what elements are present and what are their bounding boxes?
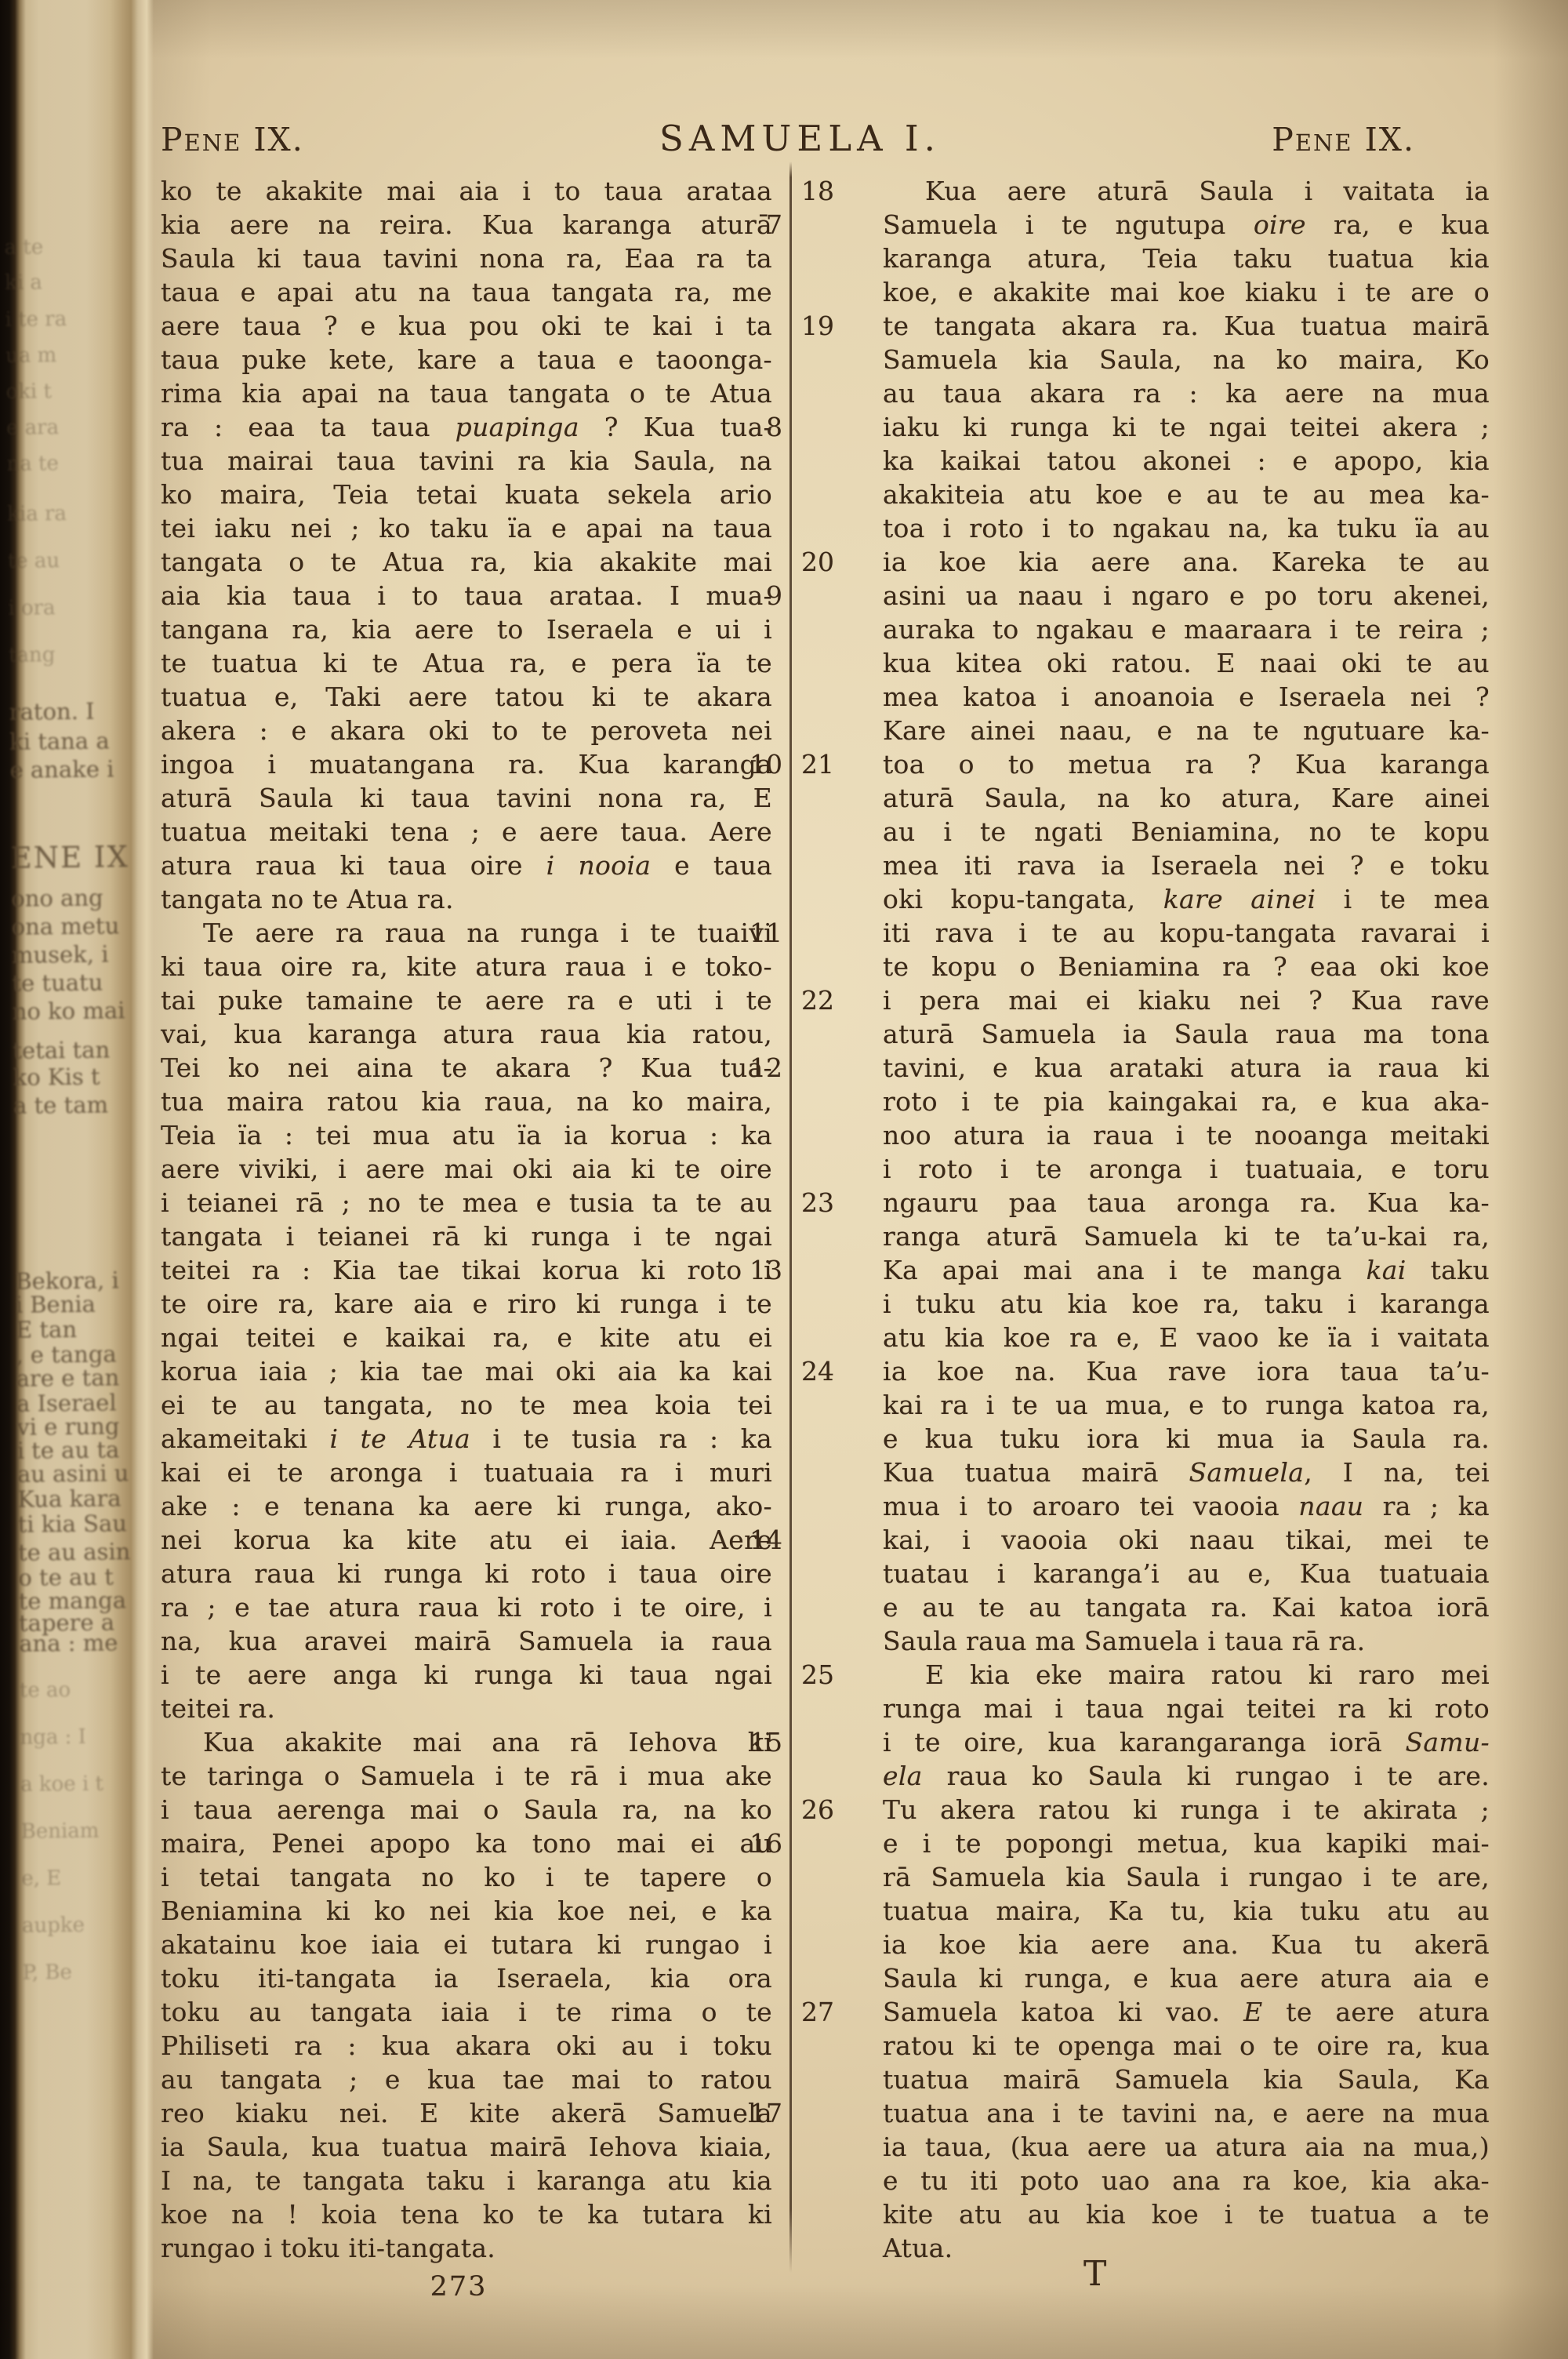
text-line: ei te au tangata, no te mea koia tei [161,1388,772,1422]
ghost-text-previous-page: a teki ai te raua moki te arana tekia ra… [0,0,146,2359]
text-line: akakiteia atu koe e au te au mea ka- [883,478,1490,511]
italic-text: naau [1298,1491,1363,1521]
italic-text: kare ainei [1163,884,1316,914]
text-line: oki kopu-tangata, kare ainei i te mea [883,882,1490,916]
text-line: roto i te pia kaingakai ra, e kua aka- [883,1085,1490,1118]
text-line: Tu akera ratou ki runga i te akirata ; [883,1793,1490,1826]
text-line: tangata o te Atua ra, kia akakite mai [161,545,772,579]
text-line: ia koe kia aere ana. Kua tu akerā [883,1928,1490,1961]
text-line: ia koe na. Kua rave iora taua ta’u- [883,1354,1490,1388]
text-line: tuatua mairā Samuela kia Saula, Ka [883,2063,1490,2096]
text-line: i teianei rā ; no te mea e tusia ta te a… [161,1186,772,1219]
book-title: SAMUELA I. [161,118,1439,159]
verse-number: 12 [690,1051,782,1085]
ghost-text-fragment: na te [6,452,59,476]
text-line: ko te akakite mai aia i to taua arataa [161,174,772,208]
text-line: tai puke tamaine te aere ra e uti i te [161,983,772,1017]
text-line: E kia eke maira ratou ki raro mei [883,1658,1490,1692]
page-number: 273 [161,2271,757,2303]
verse-number: 16 [690,1826,782,1860]
ghost-text-fragment: te au asin [18,1538,131,1565]
text-line: ia Saula, kua tuatua mairā Iehova kiaia, [161,2130,772,2164]
text-line: akameitaki i te Atua i te tusia ra : ka [161,1422,772,1456]
text-line: toku au tangata iaia i te rima o te [161,1995,772,2029]
text-line: asini ua naau i ngaro e po toru akenei, [883,579,1490,612]
text-line: korua iaia ; kia tae mai oki aia ka kai [161,1354,772,1388]
text-line: i taua aerenga mai o Saula ra, na ko [161,1793,772,1826]
verse-number: 9 [690,579,782,612]
italic-text: puapinga [456,412,579,442]
text-line: aia kia taua i to taua arataa. I mua- [161,579,772,612]
ghost-text-fragment: nga : I [20,1725,86,1750]
text-line: rungao i toku iti-tangata. [161,2231,772,2265]
text-line: Tei ko nei aina te akara ? Kua tua- [161,1051,772,1085]
text-line: aere viviki, i aere mai oki aia ki te oi… [161,1152,772,1186]
ghost-text-fragment: a te tam [13,1091,108,1118]
text-line: taua puke kete, kare a taua e taoonga- [161,343,772,376]
text-line: au tangata ; e kua tae mai to ratou [161,2063,772,2096]
text-line: tuatua ana i te tavini na, e aere na mua [883,2096,1490,2130]
text-line: ake : e tenana ka aere ki runga, ako- [161,1489,772,1523]
text-line: rā Samuela kia Saula i rungao i te are, [883,1860,1490,1894]
text-line: toa i roto i to ngakau na, ka tuku ïa au [883,511,1490,545]
text-line: Saula ki taua tavini nona ra, Eaa ra ta [161,242,772,275]
ghost-text-fragment: te au [8,549,60,573]
text-line: tangana ra, kia aere to Iseraela e ui i [161,612,772,646]
ghost-text-fragment: musek, i [12,940,109,968]
text-line: na, kua aravei mairā Samuela ia raua [161,1624,772,1658]
text-line: mea iti rava ia Iseraela nei ? e toku [883,849,1490,882]
text-line: atura raua ki runga ki roto i taua oire [161,1557,772,1590]
verse-number: 27 [801,1995,872,2029]
text-line: koe, e akakite mai koe kiaku i te are o [883,275,1490,309]
text-line: aturā Saula ki taua tavini nona ra, E [161,781,772,815]
ghost-text-fragment: a te [4,235,43,260]
text-line: Atua. [883,2231,1490,2265]
text-column-left: ko te akakite mai aia i to taua arataaki… [161,174,772,2265]
text-line: ra ; e tae atura raua ki roto i te oire,… [161,1590,772,1624]
text-line: ela raua ko Saula ki rungao i te are. [883,1759,1490,1793]
text-line: kai ei te aronga i tuatuaia ra i muri [161,1456,772,1489]
text-line: Samuela i te ngutupa oire ra, e kua [883,208,1490,242]
ghost-text-fragment: e, E [21,1866,61,1891]
ghost-text-fragment: te tuatu [12,969,103,997]
text-line: I na, te tangata taku i karanga atu kia [161,2164,772,2197]
text-line: maira, Penei apopo ka tono mai ei au [161,1826,772,1860]
ghost-text-fragment: a koe i t [20,1772,103,1797]
verse-number: 7 [690,208,782,242]
ghost-text-fragment: ki tana a [9,727,110,754]
text-line: Beniamina ki ko nei kia koe nei, e ka [161,1894,772,1928]
text-line: ki taua oire ra, kite atura raua i e tok… [161,950,772,983]
text-line: tavini, e kua arataki atura ia raua ki [883,1051,1490,1085]
text-line: kia aere na reira. Kua karanga aturā [161,208,772,242]
ghost-text-fragment: ua m [5,343,56,368]
verse-number: 23 [801,1186,872,1219]
ghost-text-fragment: e anake i [9,755,114,783]
text-line: Philiseti ra : kua akara oki au i toku [161,2029,772,2063]
column-divider-rule [789,162,792,2273]
text-line: tuatua meitaki tena ; e aere taua. Aere [161,815,772,849]
text-line: ko maira, Teia tetai kuata sekela ario [161,478,772,511]
text-line: tuatua e, Taki aere tatou ki te akara [161,680,772,714]
text-line: i roto i te aronga i tuatuaia, e toru [883,1152,1490,1186]
text-line: i pera mai ei kiaku nei ? Kua rave [883,983,1490,1017]
ghost-text-fragment: raton. I [9,698,95,725]
text-line: ngauru paa taua aronga ra. Kua ka- [883,1186,1490,1219]
text-line: akatainu koe iaia ei tutara ki rungao i [161,1928,772,1961]
text-line: i tuku atu kia koe ra, taku i karanga [883,1287,1490,1321]
text-line: Samuela katoa ki vao. E te aere atura [883,1995,1490,2029]
text-line: kai ra i te ua mua, e to runga katoa ra, [883,1388,1490,1422]
text-line: te tangata akara ra. Kua tuatua mairā [883,309,1490,343]
text-line: iti rava i te au kopu-tangata ravarai i [883,916,1490,950]
text-line: kite atu au kia koe i te tuatua a te [883,2197,1490,2231]
printer-signature-mark: T [1083,2254,1106,2294]
text-line: te oire ra, kare aia e riro ki runga i t… [161,1287,772,1321]
text-line: atu kia koe ra e, E vaoo ke ïa i vaitata [883,1321,1490,1354]
text-line: e kua tuku iora ki mua ia Saula ra. [883,1422,1490,1456]
ghost-text-fragment: oki t [5,380,52,404]
text-column-right: Kua aere aturā Saula i vaitata iaSamuela… [883,174,1490,2265]
text-line: Saula ki runga, e kua aere atura aia e [883,1961,1490,1995]
text-line: iaku ki runga ki te ngai teitei akera ; [883,410,1490,444]
text-line: te taringa o Samuela i te rā i mua ake [161,1759,772,1793]
running-title-right: Pene IX. [1272,121,1415,158]
text-line: teitei ra : Kia tae tikai korua ki roto … [161,1253,772,1287]
text-line: ka kaikai tatou akonei : e apopo, kia [883,444,1490,478]
text-line: tua mairai taua tavini ra kia Saula, na [161,444,772,478]
text-line: Te aere ra raua na runga i te tuaivi [161,916,772,950]
text-line: ia koe kia aere ana. Kareka te au [883,545,1490,579]
book-page: Pene IX. SAMUELA I. Pene IX. ko te akaki… [0,0,1568,2359]
ghost-text-fragment: i ora [8,596,55,620]
ghost-text-fragment: ko Kis t [13,1063,100,1091]
text-line: Samuela kia Saula, na ko maira, Ko [883,343,1490,376]
text-line: tuatua maira, Ka tu, kia tuku atu au [883,1894,1490,1928]
text-line: aere taua ? e kua pou oki te kai i ta [161,309,772,343]
text-line: taua e apai atu na taua tangata ra, me [161,275,772,309]
verse-number: 19 [801,309,872,343]
verse-number: 25 [801,1658,872,1692]
ghost-text-fragment: ona metu [11,912,119,940]
ghost-text-fragment: ki a [5,271,42,294]
text-line: ratou ki te openga mai o te oire ra, kua [883,2029,1490,2063]
text-line: au taua akara ra : ka aere na mua [883,376,1490,410]
text-line: Saula raua ma Samuela i taua rā ra. [883,1624,1490,1658]
text-line: i tetai tangata no ko i te tapere o [161,1860,772,1894]
italic-text: oire [1254,209,1306,240]
italic-text: Samuela [1189,1457,1305,1488]
text-line: ia taua, (kua aere ua atura aia na mua,) [883,2130,1490,2164]
text-line: toa o to metua ra ? Kua karanga [883,747,1490,781]
running-header: Pene IX. SAMUELA I. Pene IX. [161,118,1490,166]
text-line: ngai teitei e kaikai ra, e kite atu ei [161,1321,772,1354]
verse-number: 8 [690,410,782,444]
text-line: mea katoa i anoanoia e Iseraela nei ? [883,680,1490,714]
text-line: atura raua ki taua oire i nooia e taua [161,849,772,882]
text-line: tuatau i karanga’i au e, Kua tuatuaia [883,1557,1490,1590]
text-line: tangata no te Atua ra. [161,882,772,916]
text-line: i te oire, kua karangaranga iorā Samu- [883,1725,1490,1759]
text-line: toku iti-tangata ia Iseraela, kia ora [161,1961,772,1995]
verse-number: 14 [690,1523,782,1557]
ghost-text-fragment: e ara [6,416,59,440]
ghost-text-fragment: ono ang [11,885,103,912]
text-line: mua i to aroaro tei vaooia naau ra ; ka [883,1489,1490,1523]
text-line: noo atura ia raua i te nooanga meitaki [883,1118,1490,1152]
ghost-text-fragment: au asini u [17,1459,129,1487]
book-gutter-edge: a teki ai te raua moki te arana tekia ra… [0,0,154,2359]
ghost-text-fragment: aupke [22,1914,85,1938]
text-line: ingoa i muatangana ra. Kua karanga [161,747,772,781]
text-line: Teia ïa : tei mua atu ïa ia korua : ka [161,1118,772,1152]
verse-number: 24 [801,1354,872,1388]
italic-text: i te Atua [330,1423,471,1454]
ghost-text-fragment: Beniam [21,1819,100,1844]
verse-number: 17 [690,2096,782,2130]
verse-number: 26 [801,1793,872,1826]
italic-text: E [1243,1997,1262,2027]
text-line: Kua akakite mai ana rā Iehova ki [161,1725,772,1759]
italic-text: kai [1367,1255,1406,1285]
ghost-text-fragment: ana : me [19,1629,118,1656]
text-line: tangata i teianei rā ki runga i te ngai [161,1219,772,1253]
text-line: aturā Saula, na ko atura, Kare ainei [883,781,1490,815]
text-line: Kua tuatua mairā Samuela, I na, tei [883,1456,1490,1489]
text-line: akera : e akara oki to te peroveta nei [161,714,772,747]
text-line: kai, i vaooia oki naau tikai, mei te [883,1523,1490,1557]
ghost-text-fragment: Kua kara [17,1485,122,1512]
text-line: Ka apai mai ana i te manga kai taku [883,1253,1490,1287]
ghost-text-fragment: tetai tan [13,1036,110,1063]
text-line: nei korua ka kite atu ei iaia. Aere [161,1523,772,1557]
verse-number: 18 [801,174,872,208]
text-line: e tu iti poto uao ana ra koe, kia aka- [883,2164,1490,2197]
text-line: ra : eaa ta taua puapinga ? Kua tua- [161,410,772,444]
ghost-text-fragment: are e tan [16,1364,119,1391]
text-line: aturā Samuela ia Saula raua ma tona [883,1017,1490,1051]
verse-number: 21 [801,747,872,781]
text-line: e i te popongi metua, kua kapiki mai- [883,1826,1490,1860]
ghost-text-fragment: te ao [20,1678,71,1703]
ghost-text-fragment: E tan [16,1316,77,1343]
verse-number: 20 [801,545,872,579]
verse-number: 11 [690,916,782,950]
verse-number: 15 [690,1725,782,1759]
ghost-text-fragment: kia ra [7,502,67,526]
text-line: Kare ainei naau, e na te ngutuare ka- [883,714,1490,747]
text-line: auraka to ngakau e maaraara i te reira ; [883,612,1490,646]
text-line: Kua aere aturā Saula i vaitata ia [883,174,1490,208]
ghost-text-fragment: no ko mai [13,997,125,1025]
text-line: vai, kua karanga atura raua kia ratou, [161,1017,772,1051]
ghost-text-fragment: tang [9,643,56,667]
ghost-text-fragment: ti kia Sau [17,1510,127,1537]
text-line: teitei ra. [161,1692,772,1725]
verse-number: 10 [690,747,782,781]
italic-text: ela [883,1761,923,1791]
text-line: karanga atura, Teia taku tuatua kia [883,242,1490,275]
text-line: e au te au tangata ra. Kai katoa iorā [883,1590,1490,1624]
verse-number: 22 [801,983,872,1017]
text-line: i te aere anga ki runga ki taua ngai [161,1658,772,1692]
text-line: te tuatua ki te Atua ra, e pera ïa te [161,646,772,680]
ghost-text-fragment: P, Be [22,1961,72,1985]
text-line: runga mai i taua ngai teitei ra ki roto [883,1692,1490,1725]
text-line: tei iaku nei ; ko taku ïa e apai na taua [161,511,772,545]
ghost-text-fragment: i Benia [15,1291,96,1318]
ghost-text-fragment: ENE IX [10,840,129,875]
text-line: au i te ngati Beniamina, no te kopu [883,815,1490,849]
italic-text: Samu- [1406,1727,1490,1757]
verse-number: 13 [690,1253,782,1287]
text-line: ranga aturā Samuela ki te ta’u-kai ra, [883,1219,1490,1253]
text-line: kua kitea oki ratou. E naai oki te au [883,646,1490,680]
text-line: rima kia apai na taua tangata o te Atua [161,376,772,410]
text-line: reo kiaku nei. E kite akerā Samuela [161,2096,772,2130]
italic-text: i nooia [546,850,652,881]
text-line: koe na ! koia tena ko te ka tutara ki [161,2197,772,2231]
text-line: tua maira ratou kia raua, na ko maira, [161,1085,772,1118]
ghost-text-fragment: i te ra [5,307,67,332]
text-line: te kopu o Beniamina ra ? eaa oki koe [883,950,1490,983]
